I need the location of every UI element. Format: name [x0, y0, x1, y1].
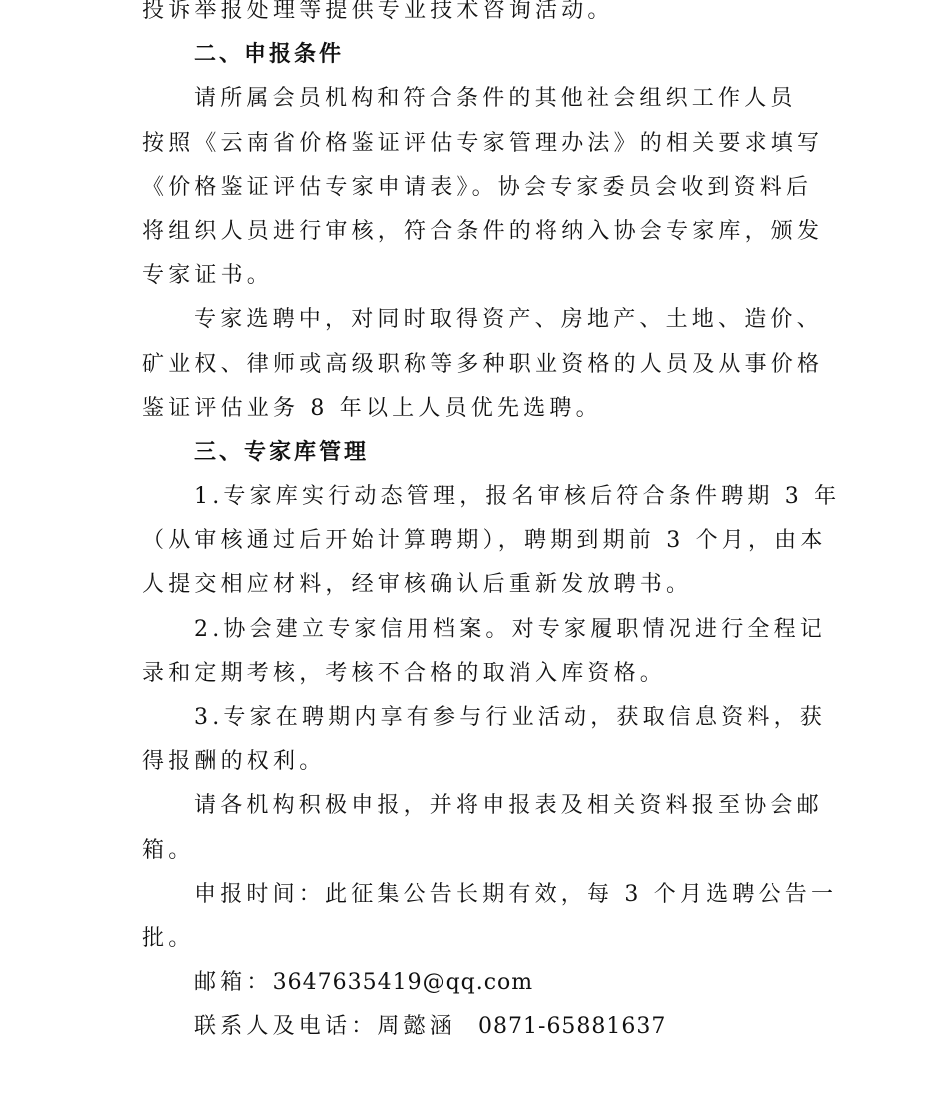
paragraph-line: 将组织人员进行审核，符合条件的将纳入协会专家库，颁发 — [142, 210, 802, 254]
paragraph-line: 按照《云南省价格鉴证评估专家管理办法》的相关要求填写 — [142, 122, 802, 166]
paragraph-line: 箱。 — [142, 829, 802, 873]
paragraph-line: 2.协会建立专家信用档案。对专家履职情况进行全程记 — [142, 608, 802, 652]
paragraph-line: 请各机构积极申报，并将申报表及相关资料报至协会邮 — [142, 784, 802, 828]
email-address: 3647635419@qq.com — [273, 970, 534, 995]
contact-person-name: 周懿涵 — [377, 1014, 456, 1039]
paragraph-line: 矿业权、律师或高级职称等多种职业资格的人员及从事价格 — [142, 343, 802, 387]
paragraph-line: 专家证书。 — [142, 254, 802, 298]
contact-person-line: 联系人及电话：周懿涵0871-65881637 — [142, 1005, 802, 1049]
section-heading-expert-pool-management: 三、专家库管理 — [142, 431, 802, 475]
paragraph-line: 人提交相应材料，经审核确认后重新发放聘书。 — [142, 563, 802, 607]
paragraph-line: 投诉举报处理等提供专业技术咨询活动。 — [142, 0, 802, 33]
paragraph-line: 《价格鉴证评估专家申请表》。协会专家委员会收到资料后 — [142, 166, 802, 210]
email-label: 邮箱： — [194, 970, 273, 995]
contact-email-line: 邮箱：3647635419@qq.com — [142, 961, 802, 1005]
paragraph-line: 专家选聘中，对同时取得资产、房地产、土地、造价、 — [142, 298, 802, 342]
paragraph-line: 3.专家在聘期内享有参与行业活动，获取信息资料，获 — [142, 696, 802, 740]
paragraph-line: （从审核通过后开始计算聘期），聘期到期前 3 个月，由本 — [142, 519, 802, 563]
paragraph-line: 鉴证评估业务 8 年以上人员优先选聘。 — [142, 387, 802, 431]
contact-person-label: 联系人及电话： — [194, 1014, 377, 1039]
paragraph-line: 1.专家库实行动态管理，报名审核后符合条件聘期 3 年 — [142, 475, 802, 519]
section-heading-application-conditions: 二、申报条件 — [142, 33, 802, 77]
paragraph-line: 录和定期考核，考核不合格的取消入库资格。 — [142, 652, 802, 696]
paragraph-line: 批。 — [142, 917, 802, 961]
document-page: 投诉举报处理等提供专业技术咨询活动。 二、申报条件 请所属会员机构和符合条件的其… — [142, 0, 802, 1050]
paragraph-line: 得报酬的权利。 — [142, 740, 802, 784]
paragraph-line: 申报时间：此征集公告长期有效，每 3 个月选聘公告一 — [142, 873, 802, 917]
contact-phone: 0871-65881637 — [478, 1014, 666, 1039]
paragraph-line: 请所属会员机构和符合条件的其他社会组织工作人员 — [142, 77, 802, 121]
